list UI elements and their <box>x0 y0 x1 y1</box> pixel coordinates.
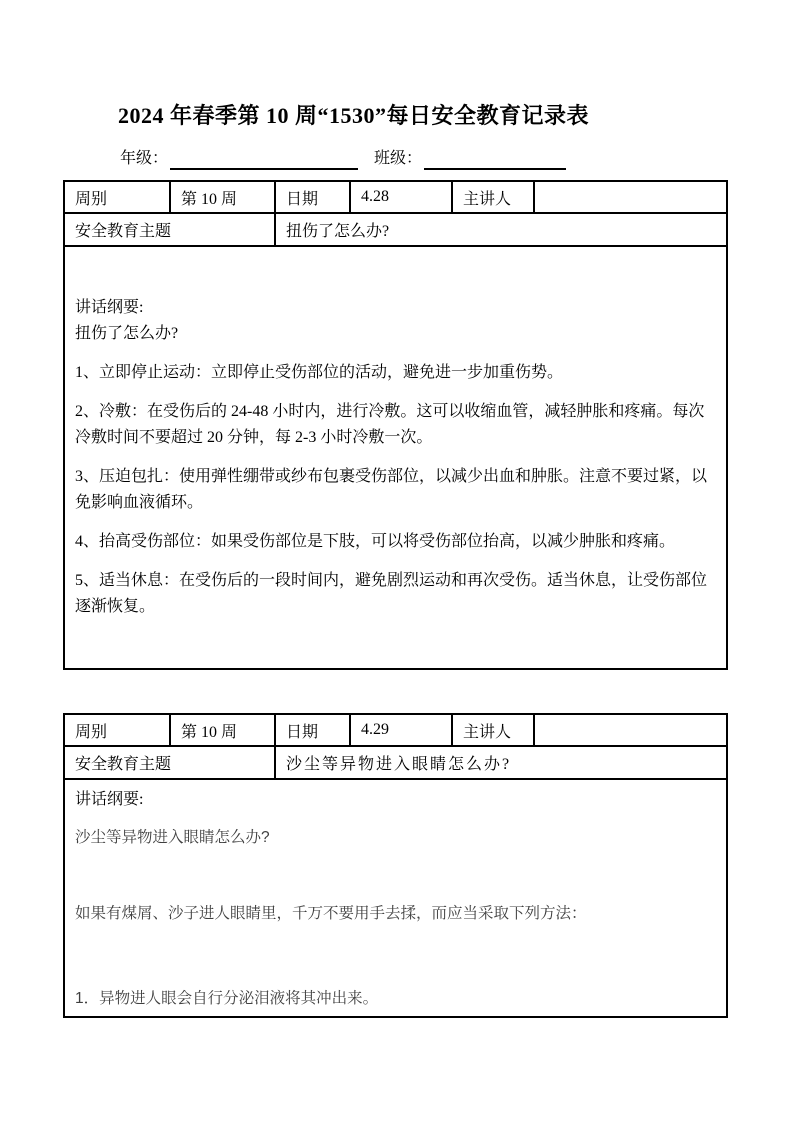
speaker-label-cell: 主讲人 <box>452 714 534 746</box>
outline-label: 讲话纲要: <box>75 295 716 321</box>
table-header-row: 周别 第 10 周 日期 4.28 主讲人 <box>64 181 727 213</box>
body-paragraph: 沙尘等异物进入眼睛怎么办? <box>75 827 716 849</box>
class-blank-field <box>424 150 566 170</box>
week-label-cell: 周别 <box>64 181 170 213</box>
week-value-cell: 第 10 周 <box>170 714 275 746</box>
topic-label-cell: 安全教育主题 <box>64 746 275 779</box>
date-value-cell: 4.28 <box>350 181 452 213</box>
outline-row: 讲话纲要: 扭伤了怎么办? 1、立即停止运动：立即停止受伤部位的活动，避免进一步… <box>64 246 727 669</box>
speaker-label-cell: 主讲人 <box>452 181 534 213</box>
date-label-cell: 日期 <box>275 181 350 213</box>
date-value-cell: 4.29 <box>350 714 452 746</box>
grade-blank-field <box>170 150 358 170</box>
body-paragraph: 5、适当休息：在受伤后的一段时间内，避免剧烈运动和再次受伤。适当休息，让受伤部位… <box>75 568 716 620</box>
page-title: 2024 年春季第 10 周“1530”每日安全教育记录表 <box>118 99 589 130</box>
body-paragraph: 1．异物进人眼会自行分泌泪液将其冲出来。 <box>75 988 716 1010</box>
outline-label: 讲话纲要: <box>75 787 716 813</box>
body-paragraph: 3、压迫包扎：使用弹性绷带或纱布包裹受伤部位，以减少出血和肿胀。注意不要过紧，以… <box>75 464 716 516</box>
record-table-429: 周别 第 10 周 日期 4.29 主讲人 安全教育主题 沙尘等异物进入眼睛怎么… <box>63 713 728 1018</box>
grade-class-line: 年级： 班级： <box>120 146 568 170</box>
body-paragraph: 2、冷敷：在受伤后的 24-48 小时内，进行冷敷。这可以收缩血管，减轻肿胀和疼… <box>75 399 716 451</box>
grade-label: 年级： <box>120 148 168 170</box>
outline-body-cell: 讲话纲要: 扭伤了怎么办? 1、立即停止运动：立即停止受伤部位的活动，避免进一步… <box>64 246 727 669</box>
topic-value-cell: 扭伤了怎么办? <box>275 213 727 246</box>
week-value-cell: 第 10 周 <box>170 181 275 213</box>
speaker-value-cell <box>534 714 727 746</box>
record-table-428: 周别 第 10 周 日期 4.28 主讲人 安全教育主题 扭伤了怎么办? 讲话纲… <box>63 180 728 670</box>
date-label-cell: 日期 <box>275 714 350 746</box>
topic-label-cell: 安全教育主题 <box>64 213 275 246</box>
topic-row: 安全教育主题 沙尘等异物进入眼睛怎么办? <box>64 746 727 779</box>
body-paragraph: 4、抬高受伤部位：如果受伤部位是下肢，可以将受伤部位抬高，以减少肿胀和疼痛。 <box>75 529 716 555</box>
table-header-row: 周别 第 10 周 日期 4.29 主讲人 <box>64 714 727 746</box>
outline-title: 扭伤了怎么办? <box>75 321 716 347</box>
topic-value-cell: 沙尘等异物进入眼睛怎么办? <box>275 746 727 779</box>
class-label: 班级： <box>374 148 422 170</box>
outline-body-cell: 讲话纲要: 沙尘等异物进入眼睛怎么办? 如果有煤屑、沙子进人眼睛里，千万不要用手… <box>64 779 727 1017</box>
outline-row: 讲话纲要: 沙尘等异物进入眼睛怎么办? 如果有煤屑、沙子进人眼睛里，千万不要用手… <box>64 779 727 1017</box>
body-paragraph: 1、立即停止运动：立即停止受伤部位的活动，避免进一步加重伤势。 <box>75 360 716 386</box>
topic-row: 安全教育主题 扭伤了怎么办? <box>64 213 727 246</box>
speaker-value-cell <box>534 181 727 213</box>
body-paragraph: 如果有煤屑、沙子进人眼睛里，千万不要用手去揉，而应当采取下列方法： <box>75 903 716 925</box>
week-label-cell: 周别 <box>64 714 170 746</box>
